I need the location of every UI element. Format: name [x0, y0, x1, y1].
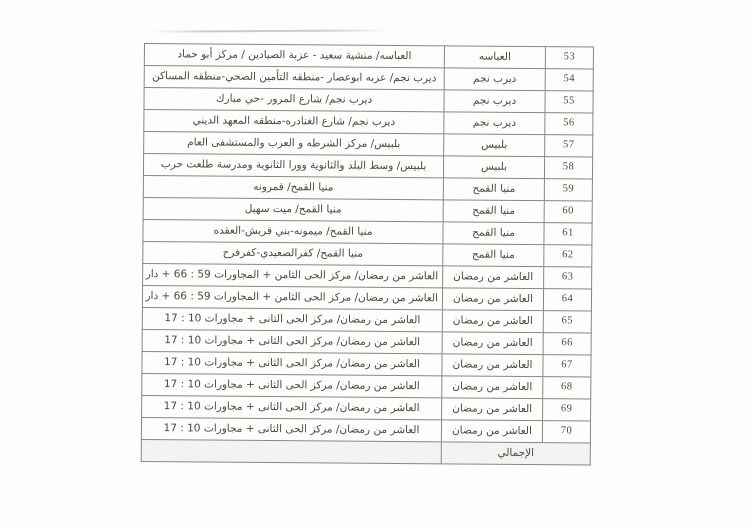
description-cell: منيا القمح/ ميت سهيل [143, 197, 443, 221]
scan-artifact-line [150, 29, 390, 32]
row-number-cell: 69 [543, 399, 591, 421]
description-cell: منيا القمح/ ميمونه-بني قريش-العقده [143, 219, 443, 243]
locations-table-wrap: 53 العباسه العباسه/ منشية سعيد - عزبة ال… [141, 43, 594, 466]
area-cell: العاشر من رمضان [442, 376, 543, 399]
row-number-cell: 54 [545, 69, 593, 91]
total-label-cell: الإجمالي [441, 442, 590, 465]
area-cell: بلبيس [444, 134, 545, 157]
area-cell: العاشر من رمضان [443, 266, 544, 289]
total-empty-cell [141, 439, 441, 463]
row-number-cell: 61 [544, 223, 592, 245]
description-cell: العاشر من رمضان/ مركز الحى الثانى + مجاو… [142, 351, 442, 375]
row-number-cell: 68 [543, 377, 591, 399]
area-cell: منيا القمح [443, 200, 544, 223]
description-cell: العاشر من رمضان/ مركز الحى الثانى + مجاو… [142, 373, 442, 397]
description-cell: بلبيس/ وسط البلد والثانوية وورا الثانوية… [143, 154, 443, 178]
description-cell: منيا القمح/ قمرونه [143, 175, 443, 199]
description-cell: العاشر من رمضان/ مركز الحى الثامن + المج… [143, 263, 443, 287]
description-cell: العباسه/ منشية سعيد - عزبة الصيادين / مر… [144, 44, 444, 68]
row-number-cell: 62 [544, 245, 592, 267]
row-number-cell: 57 [545, 135, 593, 157]
row-number-cell: 63 [544, 267, 592, 289]
scanned-document-page: { "table": { "direction": "rtl", "border… [0, 0, 750, 530]
row-number-cell: 64 [543, 289, 591, 311]
row-number-cell: 60 [544, 201, 592, 223]
total-row: الإجمالي [141, 439, 590, 465]
description-cell: العاشر من رمضان/ مركز الحى الثامن + المج… [142, 285, 442, 309]
description-cell: ديرب نجم/ شارع المرور -حي مبارك [144, 88, 444, 112]
description-cell: منيا القمح/ كفرالصعيدي-كفرفرح [143, 241, 443, 265]
area-cell: العاشر من رمضان [442, 332, 543, 355]
description-cell: بلبيس/ مركز الشرطه و العرب والمستشفى الع… [144, 132, 444, 156]
area-cell: ديرب نجم [444, 90, 545, 113]
area-cell: العاشر من رمضان [442, 288, 543, 311]
row-number-cell: 66 [543, 333, 591, 355]
description-cell: العاشر من رمضان/ مركز الحى الثانى + مجاو… [142, 329, 442, 353]
description-cell: العاشر من رمضان/ مركز الحى الثانى + مجاو… [142, 307, 442, 331]
row-number-cell: 55 [545, 91, 593, 113]
locations-table: 53 العباسه العباسه/ منشية سعيد - عزبة ال… [141, 43, 594, 466]
area-cell: بلبيس [443, 156, 544, 179]
area-cell: ديرب نجم [444, 112, 545, 135]
area-cell: العاشر من رمضان [442, 354, 543, 377]
area-cell: العاشر من رمضان [442, 398, 543, 421]
row-number-cell: 59 [544, 179, 592, 201]
row-number-cell: 53 [545, 47, 593, 69]
row-number-cell: 67 [543, 355, 591, 377]
table-footer: الإجمالي [141, 439, 590, 465]
description-cell: العاشر من رمضان/ مركز الحى الثانى + مجاو… [142, 395, 442, 419]
area-cell: منيا القمح [443, 178, 544, 201]
area-cell: العاشر من رمضان [441, 420, 542, 443]
description-cell: العاشر من رمضان/ مركز الحى الثانى + مجاو… [141, 417, 441, 441]
description-cell: ديرب نجم/ شارع الغنادره-منطقه المعهد الد… [144, 110, 444, 134]
row-number-cell: 58 [544, 157, 592, 179]
area-cell: منيا القمح [443, 244, 544, 267]
table-body: 53 العباسه العباسه/ منشية سعيد - عزبة ال… [141, 44, 593, 444]
row-number-cell: 70 [542, 421, 590, 443]
area-cell: العاشر من رمضان [442, 310, 543, 333]
description-cell: ديرب نجم/ عزبه ابوعصار -منطقه التأمين ال… [144, 66, 444, 90]
area-cell: العباسه [444, 46, 545, 69]
area-cell: ديرب نجم [444, 68, 545, 91]
row-number-cell: 56 [545, 113, 593, 135]
area-cell: منيا القمح [443, 222, 544, 245]
row-number-cell: 65 [543, 311, 591, 333]
